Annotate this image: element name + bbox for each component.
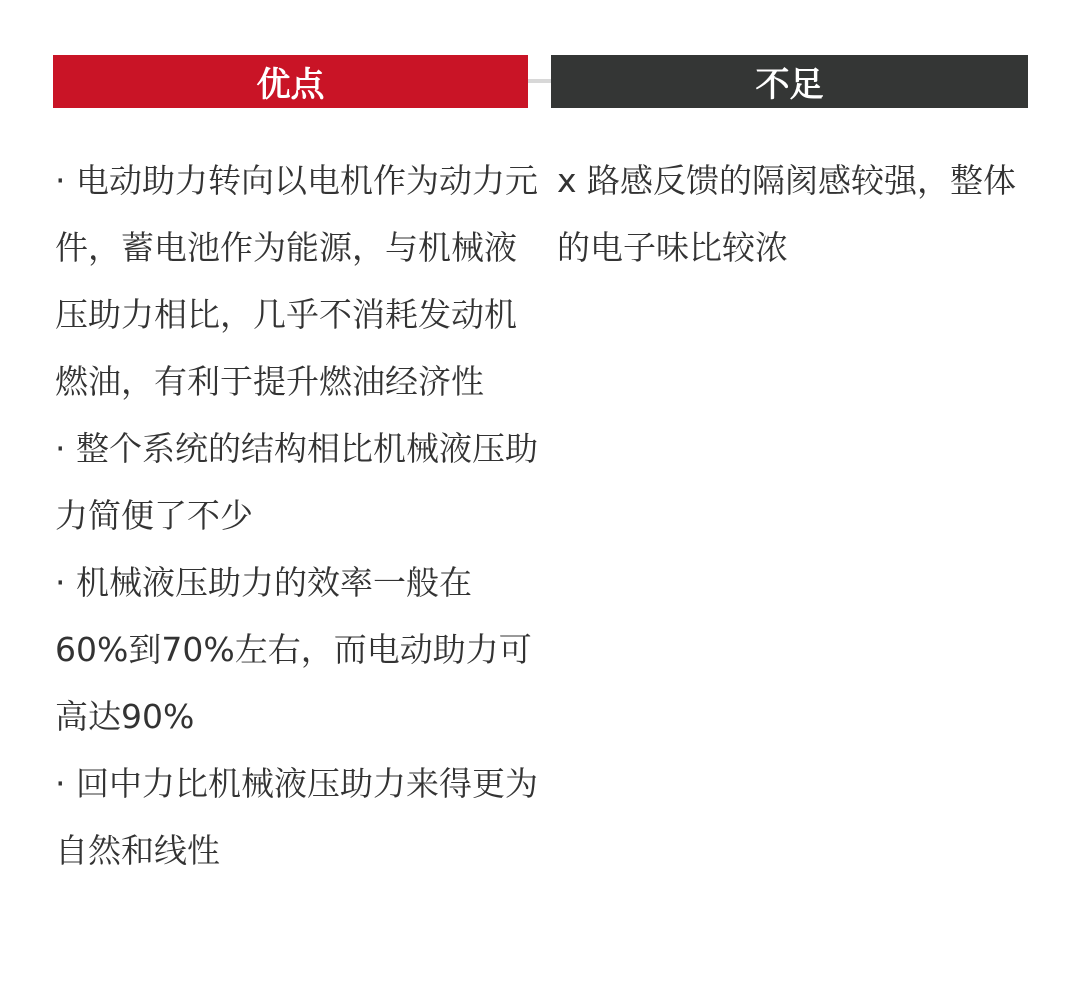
cons-list: x 路感反馈的隔阂感较强，整体的电子味比较浓	[557, 147, 1037, 281]
cons-header: 不足	[551, 55, 1028, 108]
cons-item: x 路感反馈的隔阂感较强，整体的电子味比较浓	[557, 147, 1037, 281]
pros-item: · 机械液压助力的效率一般在60%到70%左右，而电动助力可高达90%	[55, 549, 540, 750]
pros-header: 优点	[53, 55, 528, 108]
pros-item: · 整个系统的结构相比机械液压助力简便了不少	[55, 415, 540, 549]
pros-item: · 电动助力转向以电机作为动力元件，蓄电池作为能源，与机械液压助力相比，几乎不消…	[55, 147, 540, 415]
header-connector-line	[528, 79, 551, 83]
pros-list: · 电动助力转向以电机作为动力元件，蓄电池作为能源，与机械液压助力相比，几乎不消…	[55, 147, 540, 884]
pros-item: · 回中力比机械液压助力来得更为自然和线性	[55, 750, 540, 884]
